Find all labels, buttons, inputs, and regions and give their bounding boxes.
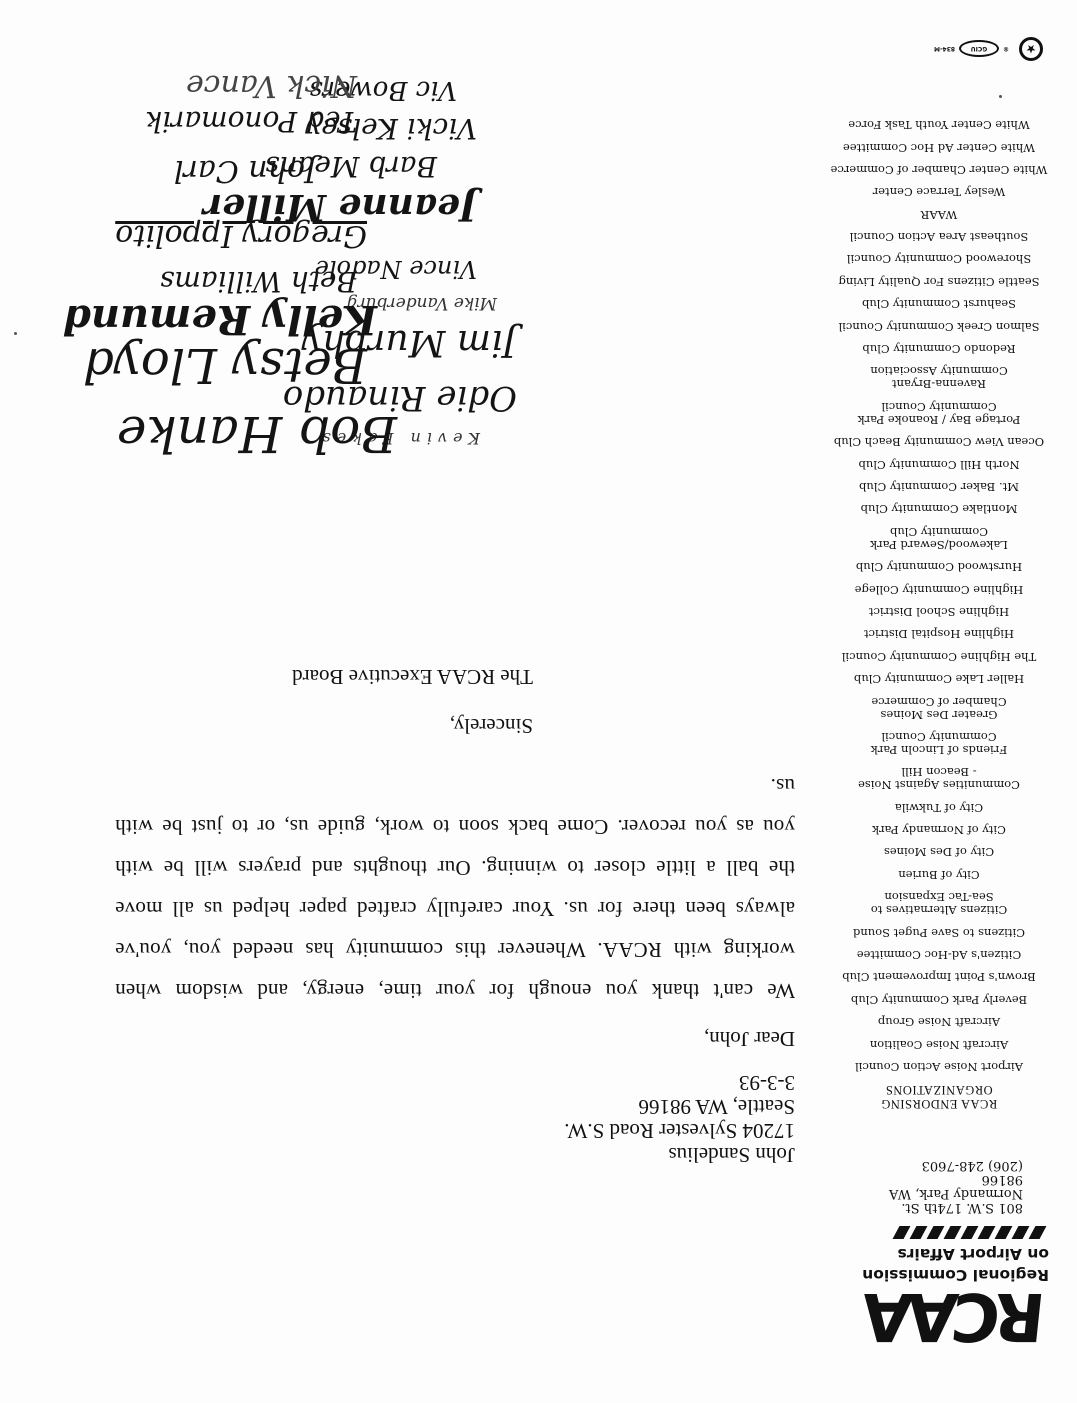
org-list-item: Redondo Community Club bbox=[829, 342, 1049, 355]
org-list-item: Highline School District bbox=[829, 605, 1049, 618]
signature: Kelly Remund bbox=[63, 296, 377, 343]
union-bug-icon: GCIU bbox=[959, 41, 999, 58]
scan-speck bbox=[999, 95, 1002, 98]
org-list-item: Highline Community College bbox=[829, 583, 1049, 596]
org-list-item: White Center Youth Task Force bbox=[829, 118, 1049, 131]
org-list-item: Citizens to Save Puget Sound bbox=[829, 926, 1049, 939]
org-list-item: Ravenna-Bryant Community Association bbox=[829, 364, 1049, 390]
recipient-street: 17204 Sylvester Road S.W. bbox=[115, 1119, 795, 1143]
org-list-item: White Center Ad Hoc Committee bbox=[829, 141, 1049, 154]
org-list-item: Friends of Lincoln Park Community Counci… bbox=[829, 730, 1049, 756]
signature: Ted Ponomarik bbox=[145, 105, 357, 138]
org-list-item: Citizens Alternatives to Sea-Tac Expansi… bbox=[829, 890, 1049, 916]
salutation: Dear John, bbox=[115, 1027, 795, 1051]
signature: John Carl bbox=[174, 153, 317, 188]
org-list-item: Shorewood Community Council bbox=[829, 253, 1049, 266]
org-list-item: Beverly Park Community Club bbox=[829, 993, 1049, 1006]
orgs-title: RCAA ENDORSING ORGANIZATIONS bbox=[829, 1083, 1049, 1111]
org-list-item: Airport Noise Action Council bbox=[829, 1060, 1049, 1073]
address-city: Normandy Park, WA 98166 bbox=[849, 1172, 1023, 1200]
org-list-item: WAAR bbox=[829, 208, 1049, 221]
rcaa-logo: RCAA bbox=[846, 1287, 1048, 1345]
org-list-item: Portage Bay / Roanoke Park Community Cou… bbox=[829, 400, 1049, 426]
org-list-item: Montlake Community Club bbox=[829, 502, 1049, 515]
letter-date: 3-3-93 bbox=[115, 1071, 795, 1095]
org-list-item: Aircraft Noise Group bbox=[829, 1015, 1049, 1028]
printer-marks: ★ ® GCIU 834-M bbox=[934, 37, 1043, 61]
org-list-item: Greater Des Moines Chamber of Commerce bbox=[829, 695, 1049, 721]
recipient-city: Seattle, WA 98166 bbox=[115, 1095, 795, 1119]
signature: Nick Vance bbox=[186, 68, 357, 103]
org-list-item: Wesley Terrace Center bbox=[829, 185, 1049, 198]
orgs-title-line1: RCAA ENDORSING bbox=[829, 1097, 1049, 1111]
logo-stripes-decoration bbox=[849, 1226, 1043, 1239]
org-list-item: White Center Chamber of Commerce bbox=[829, 163, 1049, 176]
union-label: ® GCIU 834-M bbox=[934, 41, 1009, 58]
org-list-item: Seahurst Community Club bbox=[829, 297, 1049, 310]
org-list-item: City of Des Moines bbox=[829, 845, 1049, 858]
org-list-item: Southeast Area Action Council bbox=[829, 230, 1049, 243]
scanned-letter-page: RCAA Regional Commission on Airport Affa… bbox=[0, 0, 1077, 1403]
org-name-line2: on Airport Affairs bbox=[849, 1245, 1049, 1262]
org-list-item: City of Tukwila bbox=[829, 801, 1049, 814]
address-street: 801 S.W. 174th St. bbox=[849, 1200, 1023, 1214]
org-list-item: North Hill Community Club bbox=[829, 458, 1049, 471]
recycled-paper-icon: ★ bbox=[1019, 37, 1043, 61]
org-list-item: Lakewood/Seward Park Community Club bbox=[829, 525, 1049, 551]
org-list-item: City of Burien bbox=[829, 868, 1049, 881]
closing: Sincerely, bbox=[115, 714, 533, 738]
letter-body: John Sandelius 17204 Sylvester Road S.W.… bbox=[115, 665, 795, 1167]
orgs-title-line2: ORGANIZATIONS bbox=[829, 1083, 1049, 1097]
letterhead-address: 801 S.W. 174th St. Normandy Park, WA 981… bbox=[849, 1158, 1023, 1214]
signature: Beth Williams bbox=[160, 265, 357, 298]
org-list-item: City of Normandy Park bbox=[829, 823, 1049, 836]
org-list-item: Brown's Point Improvement Club bbox=[829, 970, 1049, 983]
org-list-item: Highline Hospital District bbox=[829, 627, 1049, 640]
union-code: 834-M bbox=[934, 46, 955, 53]
signature: Gregory Ippolito bbox=[115, 218, 367, 253]
address-phone: (206) 248-7603 bbox=[849, 1158, 1023, 1172]
org-list-item: Communities Against Noise - Beacon Hill bbox=[829, 765, 1049, 791]
scan-speck bbox=[14, 332, 17, 335]
signature: Bob Hanke bbox=[117, 405, 397, 463]
signature: Betsy Lloyd bbox=[83, 337, 367, 393]
org-list-item: Haller Lake Community Club bbox=[829, 672, 1049, 685]
body-paragraph: We can't thank you enough for your time,… bbox=[115, 765, 795, 1011]
letterhead: RCAA Regional Commission on Airport Affa… bbox=[849, 1158, 1049, 1345]
org-list-item: The Highline Community Council bbox=[829, 650, 1049, 663]
endorsing-organizations-list: RCAA ENDORSING ORGANIZATIONS Airport Noi… bbox=[829, 109, 1049, 1111]
recipient-name: John Sandelius bbox=[115, 1143, 795, 1167]
signatory: The RCAA Executive Board bbox=[115, 665, 533, 689]
org-list-item: Ocean View Community Beach Club bbox=[829, 435, 1049, 448]
org-list-item: Seattle Citizens For Quality Living bbox=[829, 275, 1049, 288]
org-list-item: Aircraft Noise Coalition bbox=[829, 1038, 1049, 1051]
org-list-item: Citizen's Ad-Hoc Committee bbox=[829, 948, 1049, 961]
org-list-item: Salmon Creek Community Council bbox=[829, 320, 1049, 333]
recipient-address: John Sandelius 17204 Sylvester Road S.W.… bbox=[115, 1095, 795, 1167]
org-list-item: Hurstwood Community Club bbox=[829, 560, 1049, 573]
org-list-item: Mt. Baker Community Club bbox=[829, 480, 1049, 493]
org-items: Airport Noise Action CouncilAircraft Noi… bbox=[829, 118, 1049, 1073]
